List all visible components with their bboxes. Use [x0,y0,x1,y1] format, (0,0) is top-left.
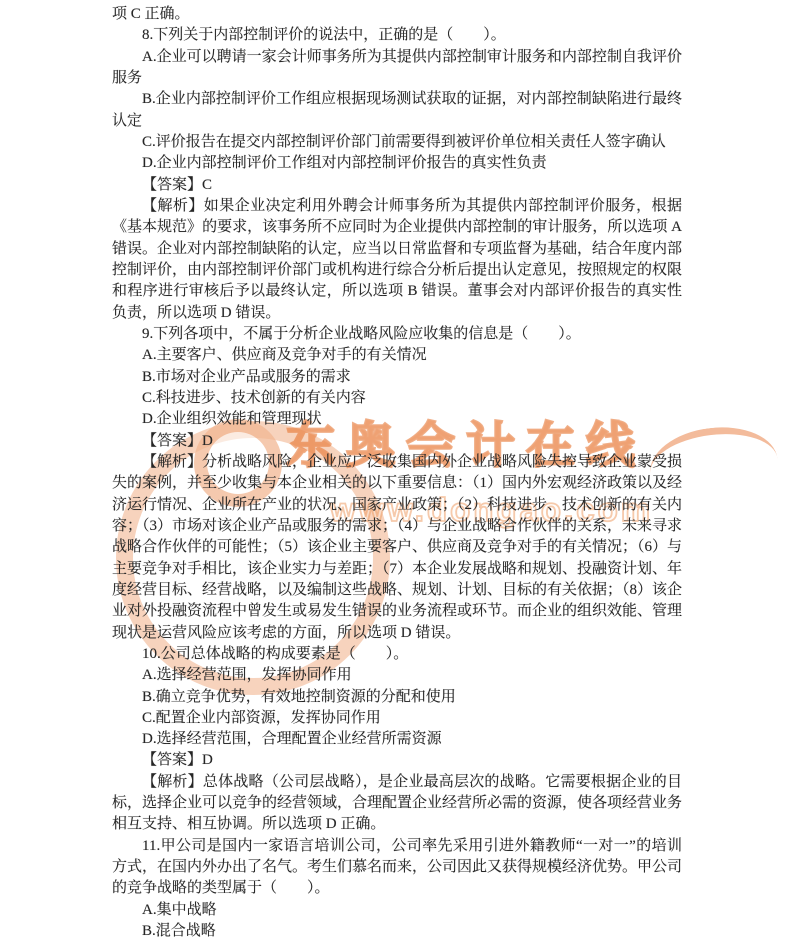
paragraph: A.选择经营范围，发挥协同作用 [112,665,682,686]
paragraph: A.集中战略 [112,900,682,921]
paragraph: 【答案】D [112,750,682,771]
document-body: 项 C 正确。8.下列关于内部控制评价的说法中，正确的是（ ）。A.企业可以聘请… [112,4,682,938]
paragraph: 【答案】D [112,431,682,452]
paragraph: D.选择经营范围，合理配置企业经营所需资源 [112,729,682,750]
paragraph: C.评价报告在提交内部控制评价部门前需要得到被评价单位相关责任人签字确认 [112,132,682,153]
paragraph: B.企业内部控制评价工作组应根据现场测试获取的证据，对内部控制缺陷进行最终认定 [112,89,682,132]
paragraph: 10.公司总体战略的构成要素是（ ）。 [112,644,682,665]
paragraph: B.确立竞争优势，有效地控制资源的分配和使用 [112,687,682,708]
paragraph: 8.下列关于内部控制评价的说法中，正确的是（ ）。 [112,25,682,46]
paragraph: 9.下列各项中，不属于分析企业战略风险应收集的信息是（ ）。 [112,324,682,345]
paragraph: A.企业可以聘请一家会计师事务所为其提供内部控制审计服务和内部控制自我评价服务 [112,47,682,90]
paragraph: A.主要客户、供应商及竞争对手的有关情况 [112,345,682,366]
paragraph: 【解析】分析战略风险，企业应广泛收集国内外企业战略风险失控导致企业蒙受损失的案例… [112,452,682,644]
paragraph: C.配置企业内部资源，发挥协同作用 [112,708,682,729]
paragraph: 项 C 正确。 [112,4,682,25]
paragraph: C.科技进步、技术创新的有关内容 [112,388,682,409]
paragraph: D.企业组织效能和管理现状 [112,409,682,430]
paragraph: B.混合战略 [112,921,682,938]
paragraph: 11.甲公司是国内一家语言培训公司，公司率先采用引进外籍教师“一对一”的培训方式… [112,836,682,900]
paragraph: 【解析】如果企业决定利用外聘会计师事务所为其提供内部控制评价服务，根据《基本规范… [112,196,682,324]
paragraph: 【答案】C [112,175,682,196]
paragraph: D.企业内部控制评价工作组对内部控制评价报告的真实性负责 [112,153,682,174]
paragraph: 【解析】总体战略（公司层战略），是企业最高层次的战略。它需要根据企业的目标，选择… [112,772,682,836]
paragraph: B.市场对企业产品或服务的需求 [112,367,682,388]
